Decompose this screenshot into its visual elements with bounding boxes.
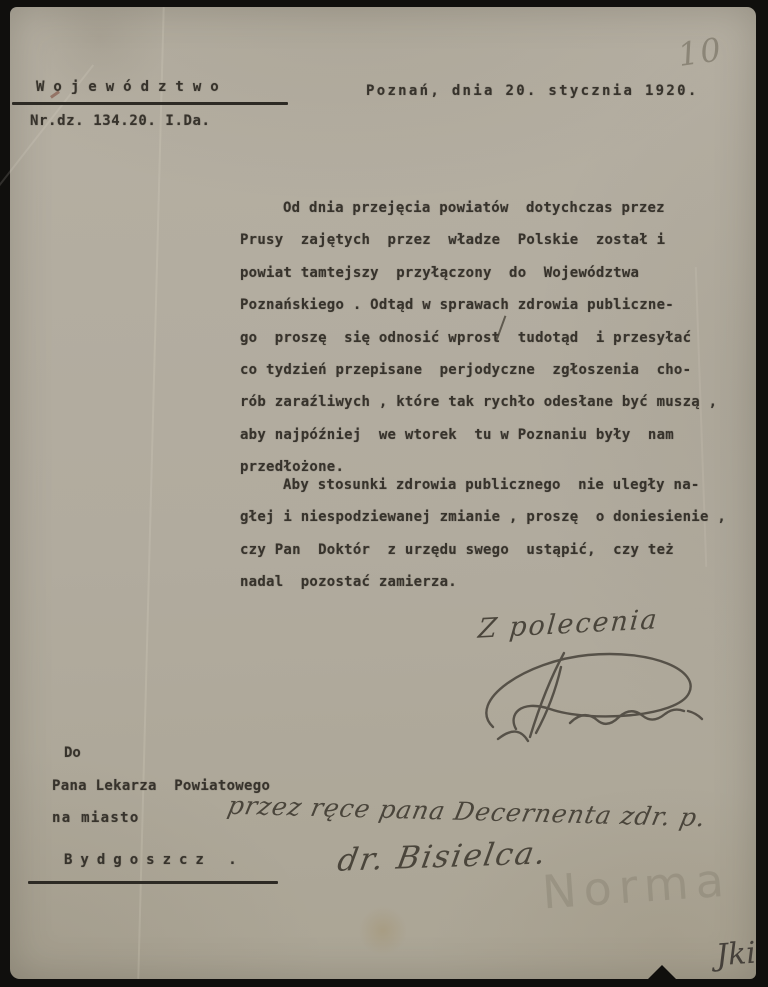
paper-crease [137, 7, 164, 979]
paragraph-1: Od dnia przejęcia powiatów dotychczas pr… [240, 192, 717, 484]
watermark-norma: Norma [540, 852, 732, 919]
office-name: Województwo [36, 79, 228, 95]
typewritten-line: głej i niespodziewanej zmianie , proszę … [240, 501, 726, 533]
reference-number: Nr.dz. 134.20. I.Da. [30, 113, 211, 129]
typewritten-line: czy Pan Doktór z urzędu swego ustąpić, c… [240, 534, 726, 566]
typewritten-line: Aby stosunki zdrowia publicznego nie ule… [240, 469, 726, 501]
photo-backdrop: 10 Województwo Nr.dz. 134.20. I.Da. Pozn… [0, 0, 768, 987]
typewritten-line: Poznańskiego . Odtąd w sprawach zdrowia … [240, 289, 717, 321]
paragraph-2: Aby stosunki zdrowia publicznego nie ule… [240, 469, 726, 599]
typewritten-line: powiat tamtejszy przyłączony do Wojewódz… [240, 257, 717, 289]
annotation-handwritten-1: przez ręce pana Decernenta zdr. p. [225, 791, 709, 832]
recipient-do: Do [64, 745, 81, 761]
corner-initials: Jki [715, 936, 757, 974]
office-underline [12, 102, 288, 105]
typewritten-line: Prusy zajętych przez władze Polskie zost… [240, 224, 717, 256]
typewritten-line: go proszę się odnosić wprost tudotąd i p… [240, 322, 717, 354]
typewritten-line: Od dnia przejęcia powiatów dotychczas pr… [240, 192, 717, 224]
paper-sheet: 10 Województwo Nr.dz. 134.20. I.Da. Pozn… [10, 7, 756, 979]
signature-flourish [438, 639, 718, 749]
annotation-handwritten-2: dr. Bisielca. [335, 835, 551, 879]
paper-tear [648, 965, 676, 979]
recipient-city: Bydgoszcz . [64, 852, 245, 868]
recipient-city-label: na miasto [52, 810, 140, 826]
typewritten-line: co tydzień przepisane perjodyczne zgłosz… [240, 354, 717, 386]
typewritten-line: aby najpóźniej we wtorek tu w Poznaniu b… [240, 419, 717, 451]
typewritten-line: nadal pozostać zamierza. [240, 566, 726, 598]
place-dateline: Poznań, dnia 20. stycznia 1920. [366, 83, 699, 99]
typewritten-line: rób zaraźliwych , które tak rychło odesł… [240, 386, 717, 418]
pencil-page-number: 10 [676, 30, 726, 74]
recipient-underline [28, 881, 278, 884]
